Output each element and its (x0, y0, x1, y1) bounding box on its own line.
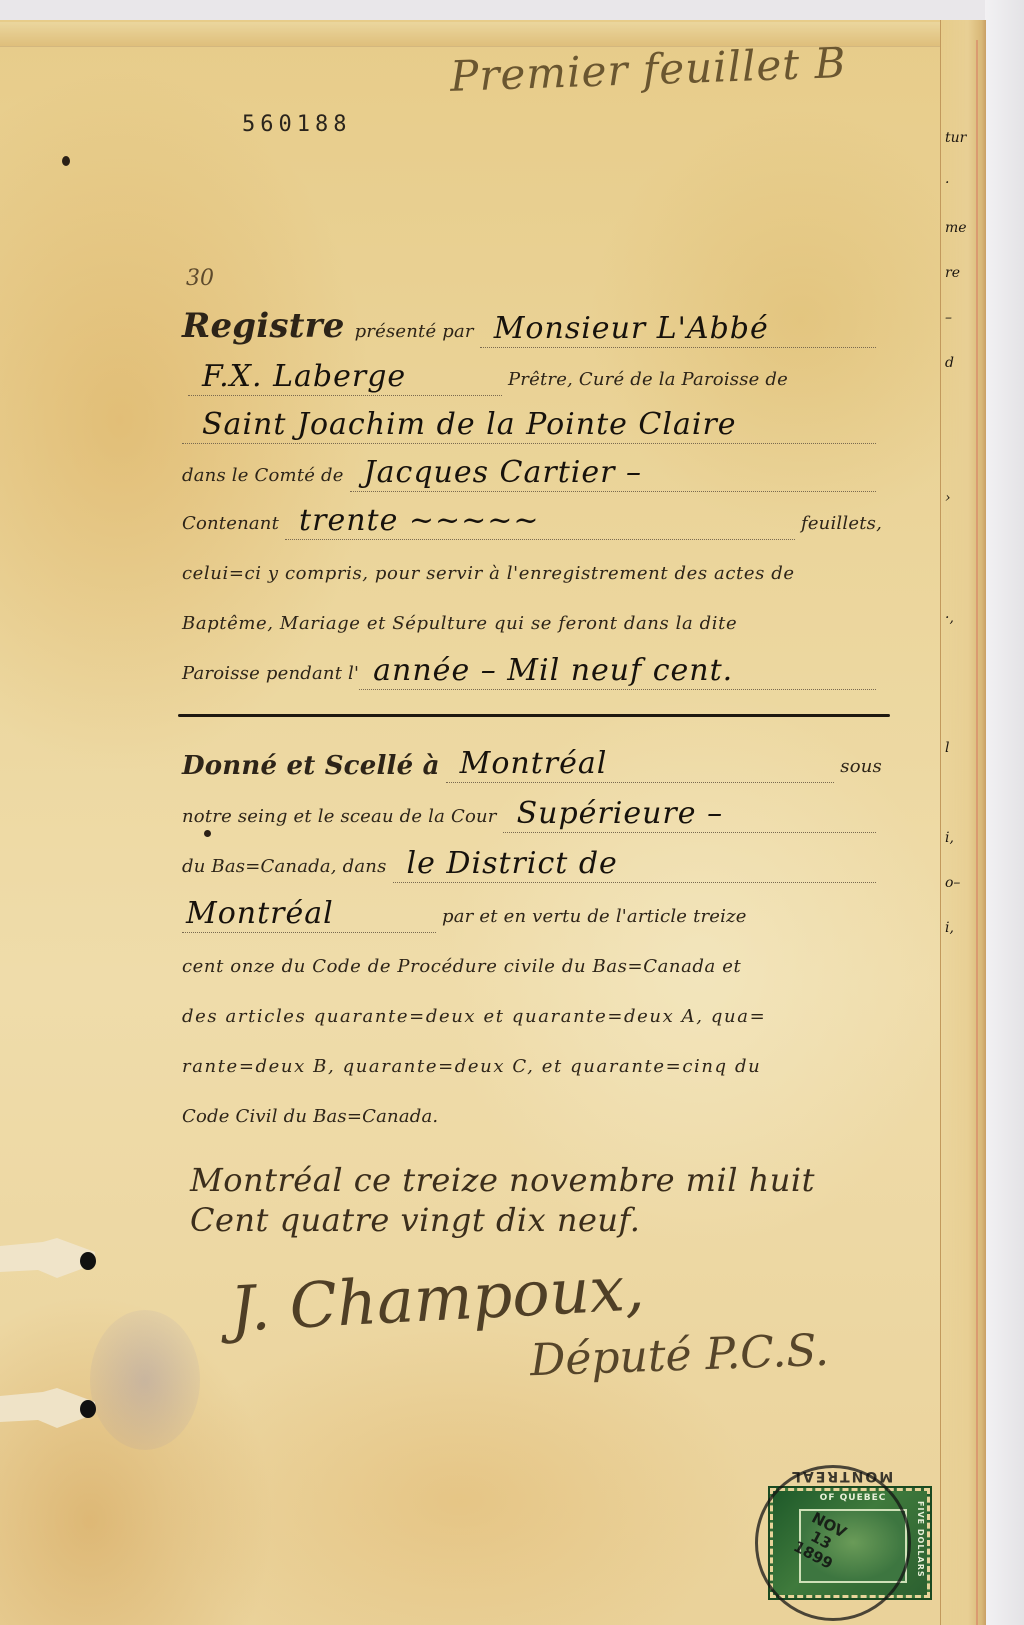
field-parish-name: Saint Joachim de la Pointe Claire (182, 407, 876, 444)
printed-seing-sceau: notre seing et le sceau de la Cour (182, 806, 497, 833)
printed-paroisse-pendant: Paroisse pendant l' (182, 663, 359, 690)
margin-mark: me (945, 220, 967, 236)
margin-mark: o– (945, 875, 960, 891)
form-line-purpose: celui=ci y compris, pour servir à l'enre… (182, 540, 882, 590)
handwritten-date: Montréal ce treize novembre mil huit Cen… (190, 1160, 815, 1240)
archive-number: 560188 (242, 112, 351, 137)
field-year: année – Mil neuf cent. (359, 653, 876, 690)
margin-mark: ·, (945, 610, 954, 626)
date-line-1: Montréal ce treize novembre mil huit (190, 1160, 815, 1200)
field-court: Supérieure – (503, 796, 876, 833)
form-line-articles-1: des articles quarante=deux et quarante=d… (182, 983, 882, 1033)
page-edge-right (940, 20, 986, 1625)
ink-stain (90, 1310, 200, 1450)
form-title-registre: Registre (182, 306, 345, 348)
margin-mark: l (945, 740, 949, 756)
printed-articles-2: rante=deux B, quarante=deux C, et quaran… (182, 1056, 761, 1083)
form-line-leaves: Contenant trente ~~~~~ feuillets, (182, 492, 882, 540)
printed-contenant: Contenant (182, 513, 279, 540)
form-line-acts: Baptême, Mariage et Sépulture qui se fer… (182, 590, 882, 640)
form-line-code-civil: Code Civil du Bas=Canada. (182, 1083, 882, 1133)
margin-mark: i, (945, 920, 954, 936)
printed-donne-et-scelle: Donné et Scellé à (182, 751, 440, 783)
form-line-priest: F.X. Laberge Prêtre, Curé de la Paroisse… (182, 348, 882, 396)
field-county: Jacques Cartier – (350, 455, 876, 492)
printed-code-procedure: cent onze du Code de Procédure civile du… (182, 956, 741, 983)
scan-backdrop (985, 0, 1024, 1625)
printed-feuillets: feuillets, (801, 513, 882, 540)
binding-hole-top (80, 1252, 96, 1270)
printed-presente-par: présenté par (355, 321, 474, 348)
form-line-articles-2: rante=deux B, quarante=deux C, et quaran… (182, 1033, 882, 1083)
field-presented-by: Monsieur L'Abbé (480, 311, 876, 348)
printed-code-civil: Code Civil du Bas=Canada. (182, 1106, 438, 1133)
form-line-court: notre seing et le sceau de la Cour Supér… (182, 783, 882, 833)
form-line-given-at: Donné et Scellé à Montréal sous (182, 733, 882, 783)
printed-en-vertu: par et en vertu de l'article treize (442, 906, 747, 933)
margin-mark: tur (945, 130, 966, 146)
form-line-parish: Saint Joachim de la Pointe Claire (182, 396, 882, 444)
binding-hole-bottom (80, 1400, 96, 1418)
printed-sous: sous (840, 756, 882, 783)
printed-articles-1: des articles quarante=deux et quarante=d… (182, 1006, 766, 1033)
date-line-2: Cent quatre vingt dix neuf. (190, 1200, 815, 1240)
page-count-note: 30 (186, 266, 214, 291)
margin-mark: i, (945, 830, 954, 846)
field-given-place: Montréal (446, 746, 835, 783)
section-divider (178, 714, 890, 717)
margin-mark: re (945, 265, 960, 281)
stamp-label-side: FIVE DOLLARS (916, 1501, 925, 1578)
form-line-registre: Registre présenté par Monsieur L'Abbé (182, 300, 882, 348)
printed-purpose: celui=ci y compris, pour servir à l'enre… (182, 563, 795, 590)
register-form: Registre présenté par Monsieur L'Abbé F.… (182, 300, 882, 1133)
red-margin-line (976, 40, 978, 1625)
margin-mark: › (945, 490, 951, 506)
postmark-city: MONTREAL (790, 1468, 893, 1484)
printed-pretre-cure: Prêtre, Curé de la Paroisse de (508, 369, 788, 396)
field-district: le District de (393, 846, 876, 883)
printed-acts: Baptême, Mariage et Sépulture qui se fer… (182, 613, 737, 640)
printed-bas-canada-dans: du Bas=Canada, dans (182, 856, 387, 883)
margin-mark: – (945, 310, 952, 326)
printed-dans-le-comte: dans le Comté de (182, 465, 344, 492)
field-district-name: Montréal (182, 896, 436, 933)
signature-title: Député P.C.S. (529, 1325, 829, 1386)
margin-mark: · (945, 175, 949, 191)
form-line-district-name: Montréal par et en vertu de l'article tr… (182, 883, 882, 933)
field-priest-name: F.X. Laberge (188, 359, 502, 396)
form-line-county: dans le Comté de Jacques Cartier – (182, 444, 882, 492)
field-leaf-count: trente ~~~~~ (285, 503, 795, 540)
form-line-year: Paroisse pendant l' année – Mil neuf cen… (182, 640, 882, 690)
form-line-district: du Bas=Canada, dans le District de (182, 833, 882, 883)
margin-mark: d (945, 355, 954, 371)
ink-dot (62, 156, 70, 166)
form-line-code-procedure: cent onze du Code de Procédure civile du… (182, 933, 882, 983)
